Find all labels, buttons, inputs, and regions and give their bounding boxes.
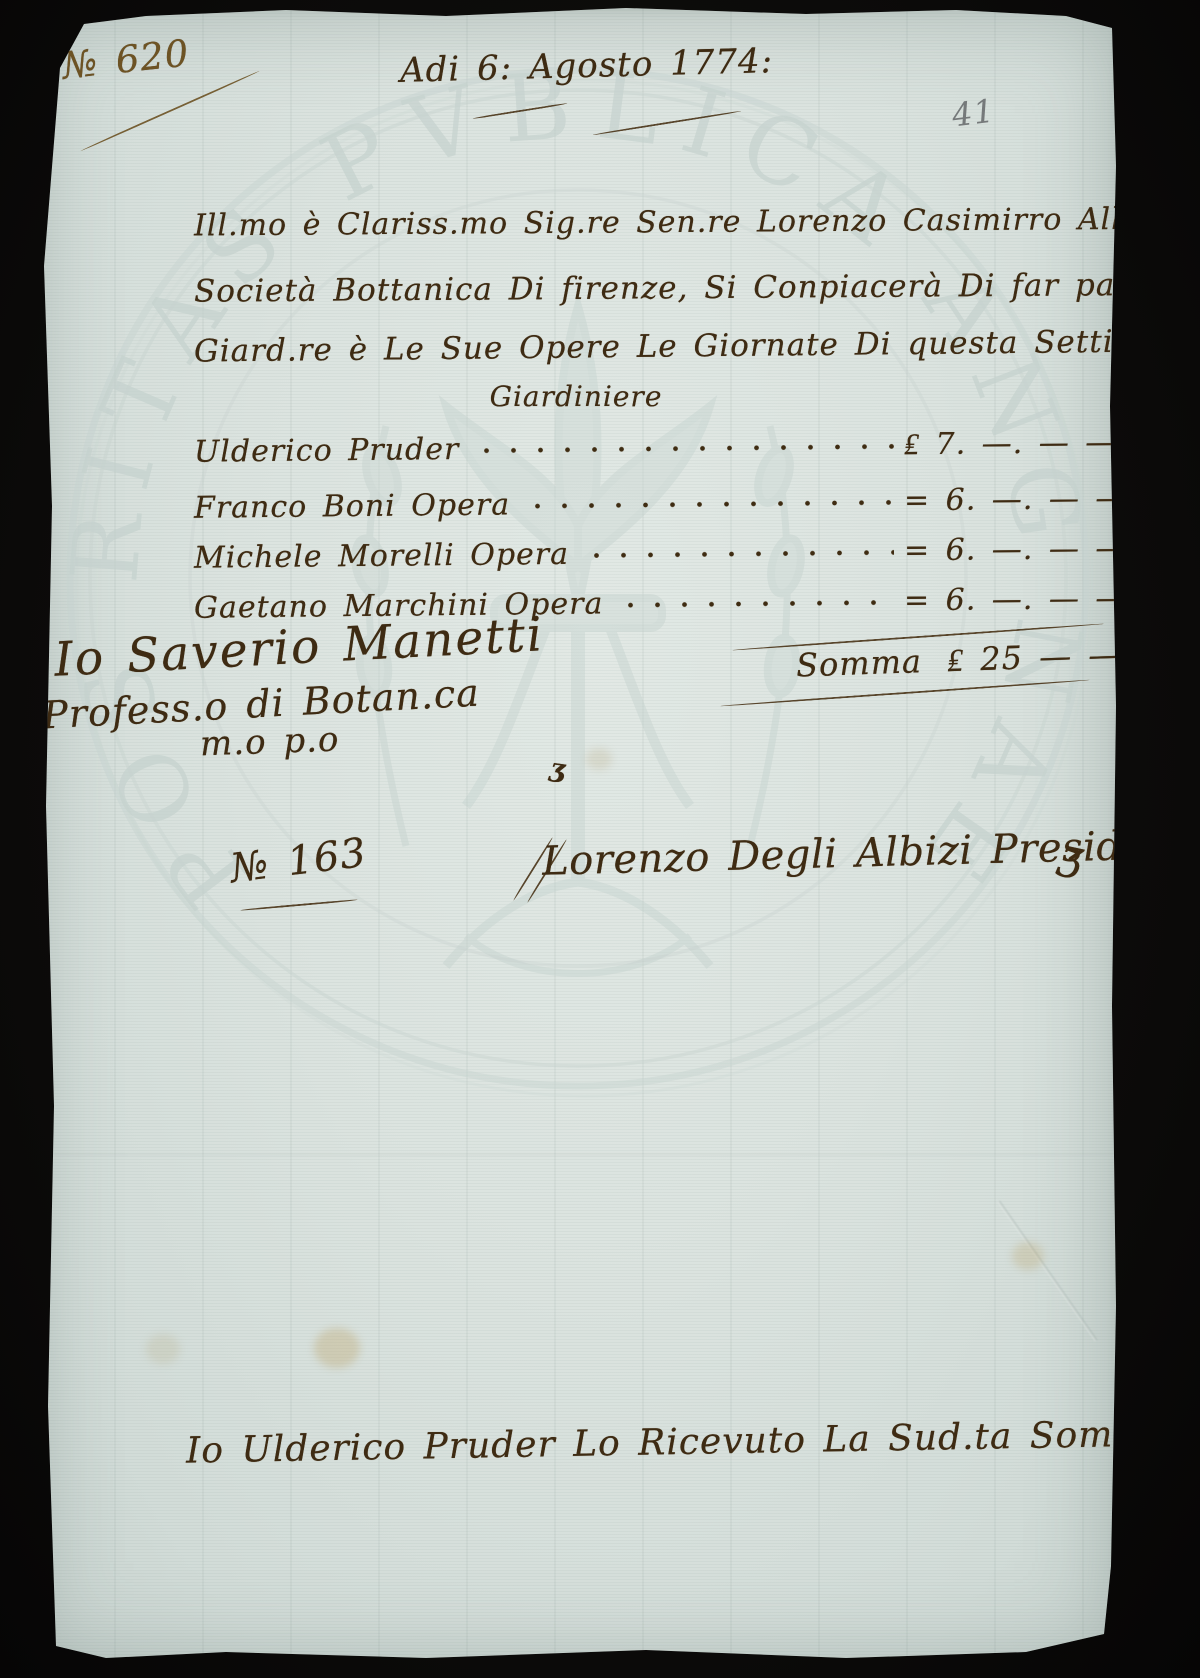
amount: = 6. —. — — (904, 531, 1094, 568)
payee-name: Franco Boni Opera (194, 487, 510, 525)
foxing-stain (1012, 1242, 1044, 1270)
foxing-stain (314, 1328, 360, 1368)
dotted-leader (473, 442, 894, 454)
body-line-2: Società Bottanica Di firenze, Si Conpiac… (194, 266, 1200, 309)
dotted-leader (583, 548, 894, 559)
dotted-leader (524, 498, 894, 510)
total-amount: ₤ 25 — — — (946, 633, 1171, 679)
total-label: Somma (795, 642, 922, 684)
payee-name: Michele Morelli Opera (194, 537, 569, 576)
paper-sheet: POS RITAS PVBLICA ANG NAE (26, 6, 1122, 1670)
payee-name: Ulderico Pruder (194, 432, 460, 470)
amount: = 6. —. — — (904, 481, 1094, 518)
dotted-leader (617, 598, 894, 609)
photo-background: POS RITAS PVBLICA ANG NAE (0, 0, 1200, 1678)
folio-number: 41 (950, 92, 997, 135)
signer-note: m.o p.o (199, 720, 340, 765)
amount: = 6. —. — — (904, 581, 1094, 618)
foxing-stain (146, 1334, 180, 1364)
foxing-stain (586, 748, 612, 770)
fold-crease (26, 1154, 1122, 1157)
amount: ₤ 7. —. — — (904, 425, 1094, 462)
subheading-giardiniere: Giardiniere (326, 380, 826, 413)
